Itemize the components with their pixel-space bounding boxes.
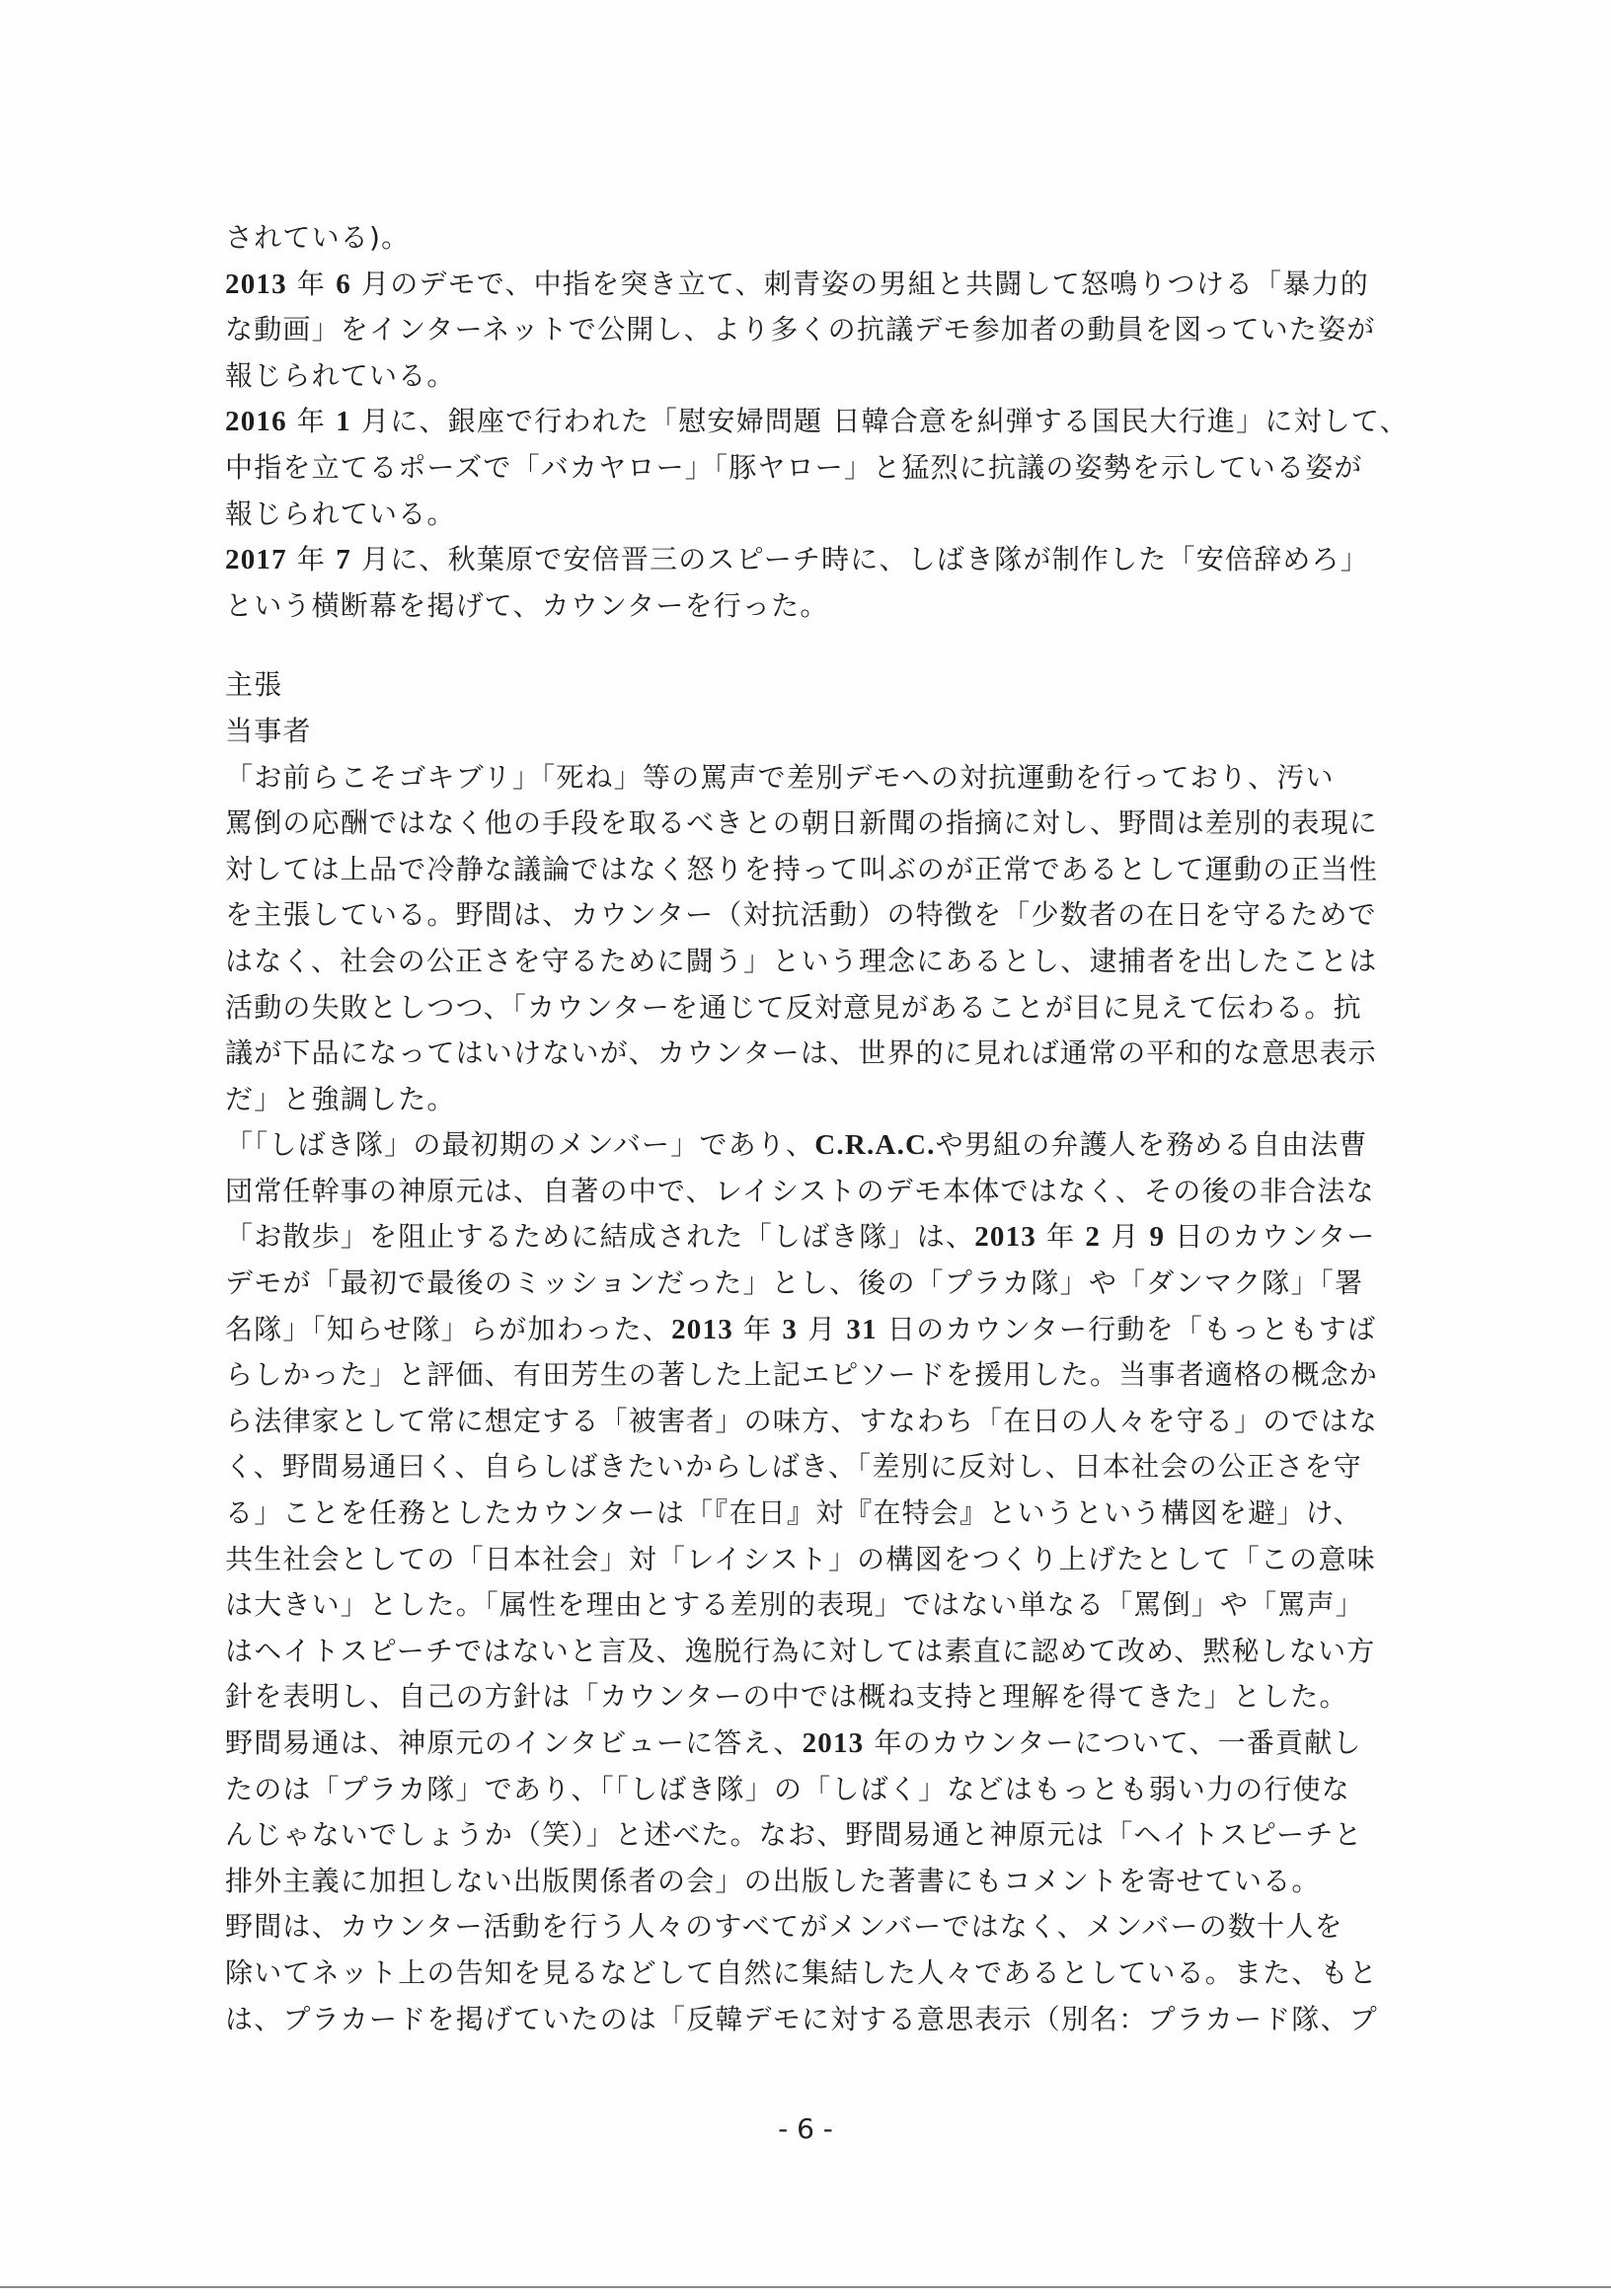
page-number: - 6 - [0,2112,1611,2145]
text-line: たのは「プラカ隊」であり、「「しばき隊」の「しばく」などはもっとも弱い力の行使な [225,1767,1390,1813]
text-line: 対しては上品で冷静な議論ではなく怒りを持って叫ぶのが正常であるとして運動の正当性 [225,847,1390,893]
text-line: 「「しばき隊」の最初期のメンバー」であり、C.R.A.C.や男組の弁護人を務める… [225,1122,1390,1169]
text-line: されている)。 [225,215,1390,262]
text-line: 罵倒の応酬ではなく他の手段を取るべきとの朝日新聞の指摘に対し、野間は差別的表現に [225,801,1390,847]
text-line: はヘイトスピーチではないと言及、逸脱行為に対しては素直に認めて改め、黙秘しない方 [225,1629,1390,1675]
text-line: 「お散歩」を阻止するために結成された「しばき隊」は、2013 年 2 月 9 日… [225,1214,1390,1261]
numeral: 2013 [671,1314,733,1345]
text-line: 2016 年 1 月に、銀座で行われた「慰安婦問題 日韓合意を糾弾する国民大行進… [225,399,1390,445]
numeral: 1 [336,406,351,437]
numeral: 7 [336,544,351,575]
numeral: 2013 [974,1221,1036,1253]
subsection-heading: 当事者 [225,709,1390,755]
text-line: 2013 年 6 月のデモで、中指を突き立て、刺青姿の男組と共闘して怒鳴りつける… [225,262,1390,308]
text-line: んじゃないでしょうか（笑）」と述べた。なお、野間易通と神原元は「ヘイトスピーチと [225,1812,1390,1859]
text-line: だ」と強調した。 [225,1077,1390,1123]
numeral: 2 [1085,1221,1101,1253]
body-text: されている)。2013 年 6 月のデモで、中指を突き立て、刺青姿の男組と共闘し… [225,215,1390,2042]
numeral: 31 [846,1314,877,1345]
text-line: く、野間易通曰く、自らしばきたいからしばき、「差別に反対し、日本社会の公正さを守 [225,1444,1390,1491]
text-line: 排外主義に加担しない出版関係者の会」の出版した著書にもコメントを寄せている。 [225,1859,1390,1905]
text-line: 針を表明し、自己の方針は「カウンターの中では概ね支持と理解を得てきた」とした。 [225,1674,1390,1721]
numeral: 6 [336,268,351,300]
document-page: されている)。2013 年 6 月のデモで、中指を突き立て、刺青姿の男組と共闘し… [0,0,1611,2296]
text-line: ら法律家として常に想定する「被害者」の味方、すなわち「在日の人々を守る」のではな [225,1399,1390,1445]
text-line: という横断幕を掲げて、カウンターを行った。 [225,583,1390,630]
text-line: らしかった」と評価、有田芳生の著した上記エピソードを援用した。当事者適格の概念か [225,1352,1390,1399]
section-heading: 主張 [225,662,1390,709]
numeral: 3 [782,1314,798,1345]
numeral: 2013 [803,1727,865,1759]
numeral: 2016 [225,406,287,437]
text-line: 報じられている。 [225,492,1390,538]
text-line: 野間易通は、神原元のインタビューに答え、2013 年のカウンターについて、一番貢… [225,1721,1390,1767]
text-line: 活動の失敗としつつ、「カウンターを通じて反対意見があることが目に見えて伝わる。抗 [225,985,1390,1032]
text-line: は大きい」とした。「属性を理由とする差別的表現」ではない単なる「罵倒」や「罵声」 [225,1582,1390,1629]
numeral: C.R.A.C. [814,1129,935,1161]
text-line: 中指を立てるポーズで「バカヤロー」「豚ヤロー」と猛烈に抗議の姿勢を示している姿が [225,445,1390,492]
text-line: 報じられている。 [225,353,1390,400]
numeral: 2013 [225,268,287,300]
scan-edge-line [0,2286,1611,2288]
numeral: 2017 [225,544,287,575]
blank-line [225,629,1390,662]
text-line: は、プラカードを掲げていたのは「反韓デモに対する意思表示（別名：プラカード隊、プ [225,1997,1390,2043]
text-line: 「お前らこそゴキブリ」「死ね」等の罵声で差別デモへの対抗運動を行っており、汚い [225,755,1390,802]
text-line: 名隊」「知らせ隊」らが加わった、2013 年 3 月 31 日のカウンター行動を… [225,1307,1390,1353]
text-line: 団常任幹事の神原元は、自著の中で、レイシストのデモ本体ではなく、その後の非合法な [225,1169,1390,1215]
text-line: はなく、社会の公正さを守るために闘う」という理念にあるとし、逮捕者を出したことは [225,939,1390,985]
text-line: 除いてネット上の告知を見るなどして自然に集結した人々であるとしている。また、もと [225,1951,1390,1997]
text-line: デモが「最初で最後のミッションだった」とし、後の「プラカ隊」や「ダンマク隊」「署 [225,1261,1390,1307]
text-line: 議が下品になってはいけないが、カウンターは、世界的に見れば通常の平和的な意思表示 [225,1031,1390,1077]
text-line: を主張している。野間は、カウンター（対抗活動）の特徴を「少数者の在日を守るためで [225,892,1390,939]
text-line: 野間は、カウンター活動を行う人々のすべてがメンバーではなく、メンバーの数十人を [225,1904,1390,1951]
text-line: 2017 年 7 月に、秋葉原で安倍晋三のスピーチ時に、しばき隊が制作した「安倍… [225,537,1390,583]
text-line: 共生社会としての「日本社会」対「レイシスト」の構図をつくり上げたとして「この意味 [225,1537,1390,1583]
text-line: な動画」をインターネットで公開し、より多くの抗議デモ参加者の動員を図っていた姿が [225,307,1390,353]
text-line: る」ことを任務としたカウンターは「『在日』対『在特会』というという構図を避」け、 [225,1491,1390,1537]
numeral: 9 [1150,1221,1166,1253]
